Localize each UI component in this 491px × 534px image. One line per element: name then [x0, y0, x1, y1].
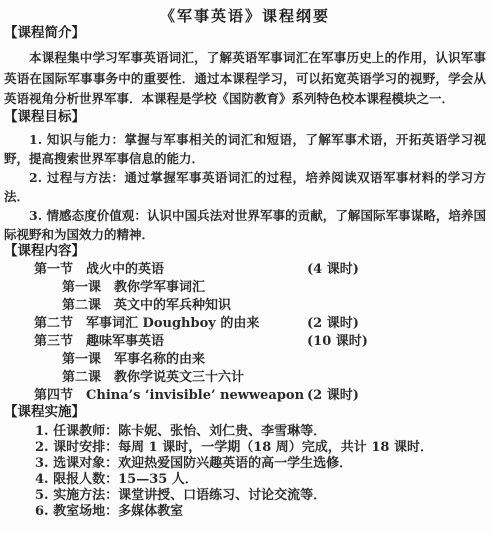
implementation-item: 5. 实施方法：课堂讲授、口语练习、讨论交流等． [4, 488, 486, 504]
implementation-item: 1. 任课教师：陈卡妮、张怡、刘仁贵、李雪琳等． [4, 424, 486, 440]
content-section-heading: 【课程内容】 [4, 244, 486, 259]
content-row: 第二课教你学说英文三十六计 [4, 369, 486, 387]
objective-item: 3. 情感态度价值观：认识中国兵法对世界军事的贡献，了解国际军事谋略，培养国际视… [4, 206, 486, 244]
content-row-label: 第一课 [62, 280, 101, 295]
content-row-label: 第三节 [34, 334, 73, 349]
content-row-title: 趣味军事英语 [86, 334, 164, 349]
objective-item: 2. 过程与方法：通过掌握军事英语词汇的过程，培养阅读双语军事材料的学习方法． [4, 168, 486, 206]
content-row-title: 教你学军事词汇 [114, 280, 205, 295]
implementation-item: 6. 教室场地：多媒体教室 [4, 504, 486, 520]
content-row-hours: (4 课时) [307, 261, 359, 279]
content-list: 第一节战火中的英语 (4 课时) 第一课教你学军事词汇 第二课英文中的军兵种知识… [4, 261, 486, 405]
objectives-list: 1. 知识与能力：掌握与军事相关的词汇和短语，了解军事术语，开拓英语学习视野，提… [4, 130, 486, 244]
content-row: 第二节军事词汇 Doughboy 的由来 (2 课时) [4, 315, 486, 333]
content-row-label: 第一节 [34, 262, 73, 277]
implementation-item: 2. 课时安排：每周 1 课时，一学期（18 周）完成，共计 18 课时． [4, 440, 486, 456]
content-row: 第一课军事名称的由来 [4, 351, 486, 369]
implementation-item: 4. 限报人数：15—35 人． [4, 472, 486, 488]
content-row: 第二课英文中的军兵种知识 [4, 297, 486, 315]
content-row-hours: (2 课时) [307, 387, 359, 405]
objectives-section-heading: 【课程目标】 [4, 110, 486, 125]
objective-item: 1. 知识与能力：掌握与军事相关的词汇和短语，了解军事术语，开拓英语学习视野，提… [4, 130, 486, 168]
content-row-hours: (10 课时) [307, 333, 368, 351]
content-row-title: 英文中的军兵种知识 [114, 298, 231, 313]
content-row-label: 第四节 [34, 388, 73, 403]
content-row: 第四节China’s ‘invisible’ newweapon (2 课时) [4, 387, 486, 405]
content-row: 第三节趣味军事英语 (10 课时) [4, 333, 486, 351]
content-row-hours: (2 课时) [307, 315, 359, 333]
content-row-title: 军事名称的由来 [114, 352, 205, 367]
implementation-item: 3. 选课对象：欢迎热爱国防兴趣英语的高一学生选修． [4, 456, 486, 472]
intro-section-heading: 【课程简介】 [4, 26, 486, 41]
content-row-title: China’s ‘invisible’ newweapon [86, 388, 304, 403]
content-row-title: 教你学说英文三十六计 [114, 370, 244, 385]
content-row-label: 第一课 [62, 352, 101, 367]
content-row-label: 第二课 [62, 370, 101, 385]
content-row-label: 第二课 [62, 298, 101, 313]
intro-paragraph: 本课程集中学习军事英语词汇，了解英语军事词汇在军事历史上的作用，认识军事英语在国… [4, 48, 486, 110]
page-title: 《军事英语》课程纲要 [4, 6, 486, 26]
content-row: 第一课教你学军事词汇 [4, 279, 486, 297]
content-row-label: 第二节 [34, 316, 73, 331]
content-row: 第一节战火中的英语 (4 课时) [4, 261, 486, 279]
implementation-section-heading: 【课程实施】 [4, 405, 486, 420]
content-row-title: 战火中的英语 [86, 262, 164, 277]
content-row-title: 军事词汇 Doughboy 的由来 [86, 316, 259, 331]
document-page: 《军事英语》课程纲要 【课程简介】 本课程集中学习军事英语词汇，了解英语军事词汇… [0, 0, 491, 534]
implementation-list: 1. 任课教师：陈卡妮、张怡、刘仁贵、李雪琳等． 2. 课时安排：每周 1 课时… [4, 424, 486, 520]
